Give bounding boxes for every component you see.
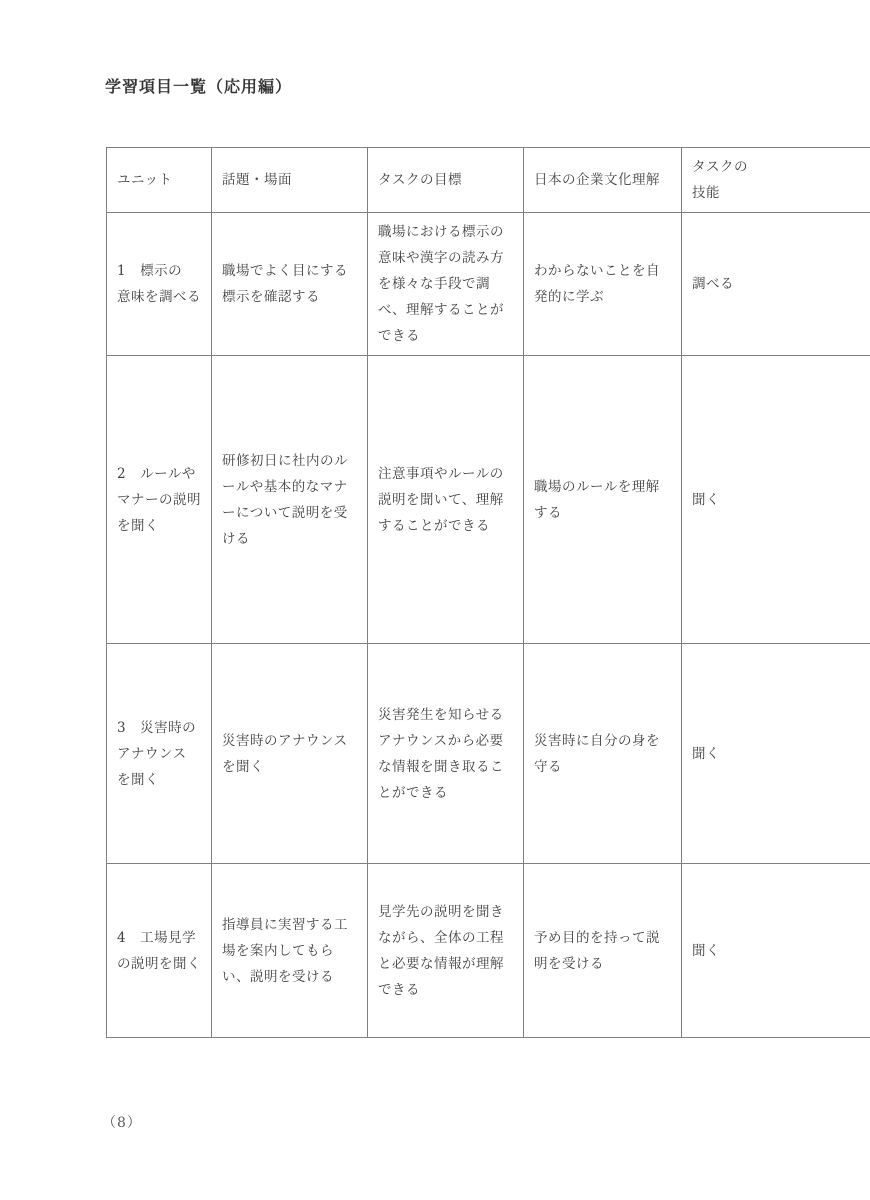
cell-topic: 災害時のアナウンスを聞く bbox=[212, 644, 368, 864]
cell-skill: 調べる bbox=[682, 213, 870, 356]
cell-culture: わからないことを自発的に学ぶ bbox=[524, 213, 682, 356]
cell-unit: 1 標示の 意味を調べる bbox=[107, 213, 212, 356]
learning-items-table: ユニット 話題・場面 タスクの目標 日本の企業文化理解 タスクの 技能 1 標示… bbox=[106, 147, 870, 1038]
table-row: 4 工場見学 の説明を聞く 指導員に実習する工場を案内してもらい、説明を受ける … bbox=[107, 864, 870, 1038]
column-header-skill: タスクの 技能 bbox=[682, 148, 870, 213]
cell-skill: 聞く bbox=[682, 644, 870, 864]
cell-goal: 災害発生を知らせるアナウンスから必要な情報を聞き取ることができる bbox=[368, 644, 524, 864]
document-page: 学習項目一覧（応用編） ユニット 話題・場面 タスクの目標 日本の企業文化理解 … bbox=[0, 0, 870, 1200]
cell-skill: 聞く bbox=[682, 356, 870, 644]
column-header-unit: ユニット bbox=[107, 148, 212, 213]
cell-unit: 4 工場見学 の説明を聞く bbox=[107, 864, 212, 1038]
cell-goal: 職場における標示の意味や漢字の読み方を様々な手段で調べ、理解することができる bbox=[368, 213, 524, 356]
cell-culture: 予め目的を持って説明を受ける bbox=[524, 864, 682, 1038]
column-header-topic: 話題・場面 bbox=[212, 148, 368, 213]
cell-topic: 指導員に実習する工場を案内してもらい、説明を受ける bbox=[212, 864, 368, 1038]
cell-goal: 見学先の説明を聞きながら、全体の工程と必要な情報が理解できる bbox=[368, 864, 524, 1038]
cell-unit: 2 ルールや マナーの説明 を聞く bbox=[107, 356, 212, 644]
cell-culture: 災害時に自分の身を守る bbox=[524, 644, 682, 864]
cell-topic: 研修初日に社内のルールや基本的なマナーについて説明を受ける bbox=[212, 356, 368, 644]
table-row: 2 ルールや マナーの説明 を聞く 研修初日に社内のルールや基本的なマナーについ… bbox=[107, 356, 870, 644]
column-header-culture: 日本の企業文化理解 bbox=[524, 148, 682, 213]
cell-skill: 聞く bbox=[682, 864, 870, 1038]
table-body: 1 標示の 意味を調べる 職場でよく目にする標示を確認する 職場における標示の意… bbox=[107, 213, 870, 1038]
page-number: （8） bbox=[102, 1112, 142, 1132]
cell-topic: 職場でよく目にする標示を確認する bbox=[212, 213, 368, 356]
page-title: 学習項目一覧（応用編） bbox=[105, 74, 292, 97]
header-row: ユニット 話題・場面 タスクの目標 日本の企業文化理解 タスクの 技能 bbox=[107, 148, 870, 213]
table-header: ユニット 話題・場面 タスクの目標 日本の企業文化理解 タスクの 技能 bbox=[107, 148, 870, 213]
cell-unit: 3 災害時の アナウンス を聞く bbox=[107, 644, 212, 864]
cell-culture: 職場のルールを理解する bbox=[524, 356, 682, 644]
cell-goal: 注意事項やルールの説明を聞いて、理解することができる bbox=[368, 356, 524, 644]
column-header-goal: タスクの目標 bbox=[368, 148, 524, 213]
table-row: 1 標示の 意味を調べる 職場でよく目にする標示を確認する 職場における標示の意… bbox=[107, 213, 870, 356]
table-row: 3 災害時の アナウンス を聞く 災害時のアナウンスを聞く 災害発生を知らせるア… bbox=[107, 644, 870, 864]
